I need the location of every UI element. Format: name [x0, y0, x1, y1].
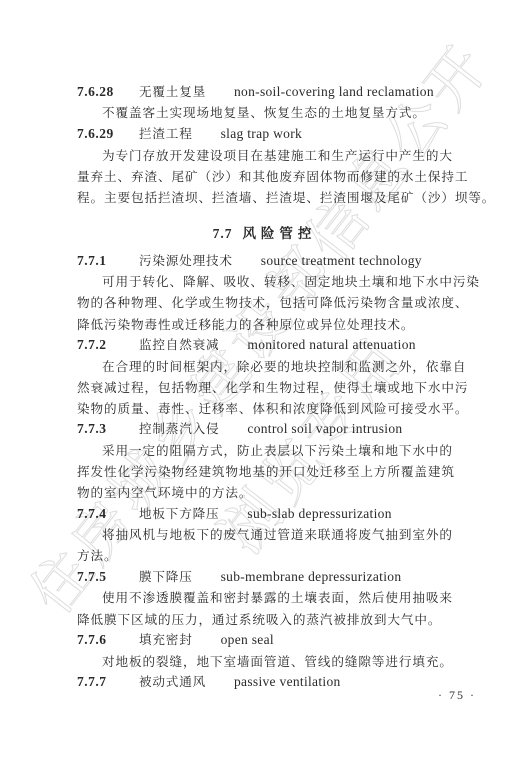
section-name: 风险管控: [242, 226, 316, 242]
term-body-line: 降低污染物毒性或迁移能力的各种原位或异位处理技术。: [77, 317, 414, 333]
term-body-line: 将抽风机与地板下的废气通过管道来联通将废气抽到室外的: [102, 527, 453, 543]
term-body-line: 降低膜下区域的压力，通过系统吸入的蒸汽被排放到大气中。: [77, 612, 441, 628]
term-body-line: 在合理的时间框架内，除必要的地块控制和监测之外，依靠自: [102, 359, 466, 375]
document-page: 住房城乡建设部信息公开 浏览专用 7.6.28 无覆土复垦 non-soil-c…: [0, 0, 529, 768]
term-zh: 膜下降压: [139, 569, 193, 585]
term-body-line: 对地板的裂缝，地下室墙面管道、管线的缝隙等进行填充。: [102, 654, 453, 670]
term-number: 7.7.3: [77, 421, 135, 437]
page-number: · 75 ·: [438, 688, 476, 703]
term-number: 7.7.1: [77, 253, 135, 269]
section-number: 7.7: [213, 226, 233, 241]
term-heading: 7.6.28 无覆土复垦 non-soil-covering land recl…: [77, 84, 434, 100]
term-body-line: 量弃土、弃渣、尾矿（沙）和其他废弃固体物而修建的水土保持工: [77, 169, 468, 185]
term-body-line: 程。主要包括拦渣坝、拦渣墙、拦渣堤、拦渣围堰及尾矿（沙）坝等。: [77, 190, 495, 206]
term-heading: 7.7.7 被动式通风 passive ventilation: [77, 674, 341, 690]
term-heading: 7.7.5 膜下降压 sub-membrane depressurization: [77, 569, 401, 585]
term-number: 7.7.5: [77, 569, 135, 585]
term-body-line: 采用一定的阻隔方式，防止表层以下污染土壤和地下水中的: [102, 443, 453, 459]
term-body-line: 物的室内空气环境中的方法。: [77, 485, 252, 501]
section-title: 7.7风险管控: [0, 222, 529, 242]
term-body-line: 使用不渗透膜覆盖和密封暴露的土壤表面，然后使用抽吸来: [102, 590, 453, 606]
term-en: control soil vapor intrusion: [247, 421, 402, 436]
term-number: 7.7.2: [77, 337, 135, 353]
term-body-line: 然衰减过程，包括物理、化学和生物过程，使得土壤或地下水中污: [77, 380, 468, 396]
term-heading: 7.7.3 控制蒸汽入侵 control soil vapor intrusio…: [77, 421, 402, 437]
term-en: sub-membrane depressurization: [221, 569, 402, 584]
term-number: 7.6.29: [77, 126, 135, 142]
term-en: open seal: [221, 632, 274, 647]
term-en: passive ventilation: [234, 674, 341, 689]
term-en: slag trap work: [221, 126, 302, 141]
term-zh: 地板下方降压: [139, 506, 219, 522]
term-body-line: 方法。: [77, 548, 117, 564]
term-number: 7.7.4: [77, 506, 135, 522]
term-zh: 无覆土复垦: [139, 84, 206, 100]
term-body-line: 不覆盖客土实现场地复垦、恢复生态的土地复垦方式。: [102, 105, 426, 121]
term-heading: 7.7.4 地板下方降压 sub-slab depressurization: [77, 506, 392, 522]
term-zh: 被动式通风: [139, 674, 206, 690]
term-body-line: 染物的质量、毒性、迁移率、体积和浓度降低到风险可接受水平。: [77, 401, 468, 417]
term-heading: 7.7.2 监控自然衰减 monitored natural attenuati…: [77, 337, 416, 353]
term-body-line: 可用于转化、降解、吸收、转移、固定地块土壤和地下水中污染: [102, 274, 480, 290]
term-heading: 7.6.29 拦渣工程 slag trap work: [77, 126, 302, 142]
term-heading: 7.7.6 填充密封 open seal: [77, 632, 274, 648]
term-zh: 填充密封: [139, 632, 193, 648]
term-zh: 监控自然衰减: [139, 337, 219, 353]
term-heading: 7.7.1 污染源处理技术 source treatment technolog…: [77, 253, 422, 269]
term-body-line: 挥发性化学污染物经建筑物地基的开口处迁移至上方所覆盖建筑: [77, 464, 455, 480]
term-number: 7.7.6: [77, 632, 135, 648]
term-en: non-soil-covering land reclamation: [234, 84, 434, 99]
term-zh: 污染源处理技术: [139, 253, 233, 269]
term-number: 7.6.28: [77, 84, 135, 100]
term-en: monitored natural attenuation: [247, 337, 415, 352]
term-number: 7.7.7: [77, 674, 135, 690]
term-zh: 控制蒸汽入侵: [139, 421, 219, 437]
term-en: source treatment technology: [261, 253, 422, 268]
term-en: sub-slab depressurization: [247, 506, 391, 521]
term-body-line: 物的各种物理、化学或生物技术，包括可降低污染物含量或浓度、: [77, 295, 468, 311]
term-body-line: 为专门存放开发建设项目在基建施工和生产运行中产生的大: [102, 148, 453, 164]
term-zh: 拦渣工程: [139, 126, 193, 142]
